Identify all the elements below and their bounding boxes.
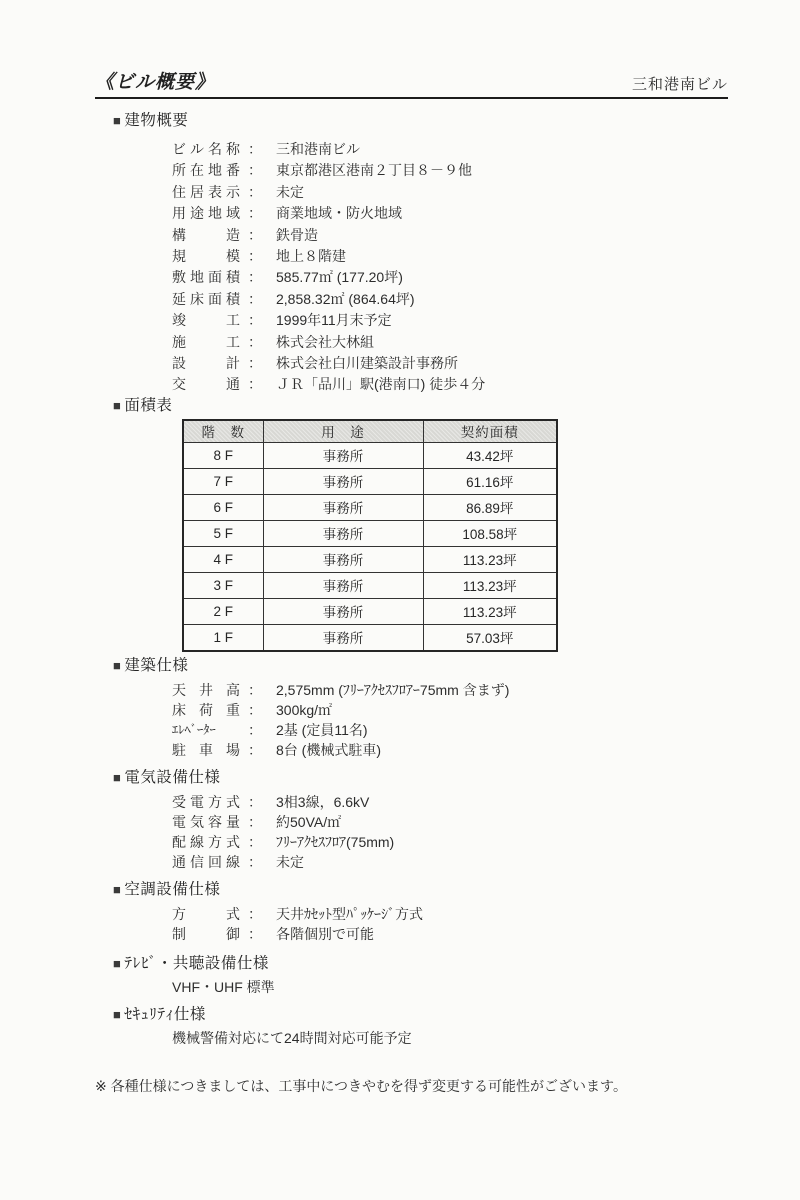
hvac-fields: 方式：天井ｶｾｯﾄ型ﾊﾟｯｹｰｼﾞ方式 制御：各階個別で可能 xyxy=(172,904,728,944)
field-colon: ： xyxy=(240,225,270,246)
field-label: 方式 xyxy=(172,904,240,924)
table-cell-area: 113.23坪 xyxy=(423,546,557,572)
table-row: 8 F事務所43.42坪 xyxy=(183,442,557,468)
field-colon: ： xyxy=(240,700,270,720)
field-value: 鉄骨造 xyxy=(276,227,318,243)
table-cell-use: 事務所 xyxy=(263,624,423,651)
field-value: 株式会社大林組 xyxy=(276,334,374,350)
field-label: 構造 xyxy=(172,225,240,246)
field-row: ｴﾚﾍﾞｰﾀｰ：2基 (定員11名) xyxy=(172,720,728,740)
security-spec-body: 機械警備対応にて24時間対応可能予定 xyxy=(172,1028,728,1048)
table-cell-area: 113.23坪 xyxy=(423,598,557,624)
field-row: 交通：ＪＲ「品川」駅(港南口) 徒歩４分 xyxy=(172,374,728,395)
area-table: 階 数 用 途 契約面積 8 F事務所43.42坪 7 F事務所61.16坪 6… xyxy=(182,419,558,652)
field-value: 未定 xyxy=(276,184,304,200)
section-heading-security-spec: ■ｾｷｭﾘﾃｨ仕様 xyxy=(113,1005,728,1025)
field-value: 天井ｶｾｯﾄ型ﾊﾟｯｹｰｼﾞ方式 xyxy=(276,906,423,922)
table-cell-floor: 7 F xyxy=(183,468,263,494)
field-row: 施工：株式会社大林組 xyxy=(172,332,728,353)
field-value: 東京都港区港南２丁目８－９他 xyxy=(276,162,472,178)
table-row: 6 F事務所86.89坪 xyxy=(183,494,557,520)
field-label: 交通 xyxy=(172,374,240,395)
field-value: 株式会社白川建築設計事務所 xyxy=(276,355,458,371)
square-bullet-icon: ■ xyxy=(113,113,121,128)
table-cell-area: 61.16坪 xyxy=(423,468,557,494)
field-row: 駐車場：8台 (機械式駐車) xyxy=(172,740,728,760)
field-row: 制御：各階個別で可能 xyxy=(172,924,728,944)
field-label: 床荷重 xyxy=(172,700,240,720)
field-colon: ： xyxy=(240,832,270,852)
square-bullet-icon: ■ xyxy=(113,770,121,785)
field-row: 床荷重：300kg/㎡ xyxy=(172,700,728,720)
table-cell-floor: 8 F xyxy=(183,442,263,468)
field-colon: ： xyxy=(240,792,270,812)
field-colon: ： xyxy=(240,680,270,700)
building-name-header: 三和港南ビル xyxy=(632,76,728,94)
section-heading-label: 電気設備仕様 xyxy=(124,769,220,786)
field-row: 受電方式：3相3線，6.6kV xyxy=(172,792,728,812)
field-value: 地上８階建 xyxy=(276,248,346,264)
field-row: 構造：鉄骨造 xyxy=(172,225,728,246)
section-heading-tv-spec: ■ﾃﾚﾋﾞ・共聴設備仕様 xyxy=(113,954,728,974)
field-value: 2基 (定員11名) xyxy=(276,722,368,738)
section-heading-area-table: ■面積表 xyxy=(113,396,728,416)
field-label: 駐車場 xyxy=(172,740,240,760)
field-colon: ： xyxy=(240,160,270,181)
field-label: 配線方式 xyxy=(172,832,240,852)
field-colon: ： xyxy=(240,203,270,224)
field-value: 8台 (機械式駐車) xyxy=(276,742,381,758)
field-row: 所在地番：東京都港区港南２丁目８－９他 xyxy=(172,160,728,181)
table-row: 1 F事務所57.03坪 xyxy=(183,624,557,651)
field-row: 方式：天井ｶｾｯﾄ型ﾊﾟｯｹｰｼﾞ方式 xyxy=(172,904,728,924)
square-bullet-icon: ■ xyxy=(113,658,121,673)
table-cell-area: 43.42坪 xyxy=(423,442,557,468)
field-colon: ： xyxy=(240,310,270,331)
table-cell-floor: 1 F xyxy=(183,624,263,651)
field-colon: ： xyxy=(240,812,270,832)
table-row: 3 F事務所113.23坪 xyxy=(183,572,557,598)
field-colon: ： xyxy=(240,139,270,160)
square-bullet-icon: ■ xyxy=(113,1007,121,1022)
table-cell-area: 108.58坪 xyxy=(423,520,557,546)
field-label: 住居表示 xyxy=(172,182,240,203)
section-heading-label: 建築仕様 xyxy=(124,657,188,674)
field-colon: ： xyxy=(240,289,270,310)
field-row: 敷地面積：585.77㎡ (177.20坪) xyxy=(172,267,728,288)
field-label: 施工 xyxy=(172,332,240,353)
table-cell-area: 57.03坪 xyxy=(423,624,557,651)
field-label: 敷地面積 xyxy=(172,267,240,288)
field-row: 規模：地上８階建 xyxy=(172,246,728,267)
electrical-fields: 受電方式：3相3線，6.6kV 電気容量：約50VA/㎡ 配線方式：ﾌﾘｰｱｸｾ… xyxy=(172,792,728,872)
table-cell-use: 事務所 xyxy=(263,442,423,468)
field-colon: ： xyxy=(240,246,270,267)
section-heading-electrical-spec: ■電気設備仕様 xyxy=(113,768,728,788)
field-value: ＪＲ「品川」駅(港南口) 徒歩４分 xyxy=(276,376,485,392)
field-colon: ： xyxy=(240,904,270,924)
document-page: 《ビル概要》 三和港南ビル ■建物概要 ビル名称：三和港南ビル 所在地番：東京都… xyxy=(0,0,800,1096)
field-label: 電気容量 xyxy=(172,812,240,832)
table-row: 2 F事務所113.23坪 xyxy=(183,598,557,624)
field-colon: ： xyxy=(240,740,270,760)
field-label: 受電方式 xyxy=(172,792,240,812)
section-heading-building-overview: ■建物概要 xyxy=(113,111,728,131)
field-row: 通信回線：未定 xyxy=(172,852,728,872)
field-row: 竣工：1999年11月末予定 xyxy=(172,310,728,331)
field-value: 約50VA/㎡ xyxy=(276,814,341,830)
square-bullet-icon: ■ xyxy=(113,882,121,897)
square-bullet-icon: ■ xyxy=(113,956,121,971)
field-row: 配線方式：ﾌﾘｰｱｸｾｽﾌﾛｱ(75mm) xyxy=(172,832,728,852)
field-label: 設計 xyxy=(172,353,240,374)
field-value: 各階個別で可能 xyxy=(276,926,374,942)
field-value: 585.77㎡ (177.20坪) xyxy=(276,269,403,285)
table-header-cell: 用 途 xyxy=(263,420,423,443)
table-cell-floor: 6 F xyxy=(183,494,263,520)
section-heading-label: ﾃﾚﾋﾞ・共聴設備仕様 xyxy=(124,955,269,972)
building-overview-fields: ビル名称：三和港南ビル 所在地番：東京都港区港南２丁目８－９他 住居表示：未定 … xyxy=(172,139,728,396)
field-value: 2,858.32㎡ (864.64坪) xyxy=(276,291,415,307)
field-row: 設計：株式会社白川建築設計事務所 xyxy=(172,353,728,374)
field-row: 延床面積：2,858.32㎡ (864.64坪) xyxy=(172,289,728,310)
table-cell-floor: 5 F xyxy=(183,520,263,546)
field-value: 商業地域・防火地域 xyxy=(276,205,402,221)
table-cell-use: 事務所 xyxy=(263,546,423,572)
section-heading-hvac-spec: ■空調設備仕様 xyxy=(113,880,728,900)
field-value: ﾌﾘｰｱｸｾｽﾌﾛｱ(75mm) xyxy=(276,834,394,850)
page-title: 《ビル概要》 xyxy=(95,72,215,94)
field-label: 用途地域 xyxy=(172,203,240,224)
field-label: ｴﾚﾍﾞｰﾀｰ xyxy=(172,720,240,740)
field-row: 電気容量：約50VA/㎡ xyxy=(172,812,728,832)
table-cell-use: 事務所 xyxy=(263,598,423,624)
field-value: 三和港南ビル xyxy=(276,141,360,157)
field-label: ビル名称 xyxy=(172,139,240,160)
table-cell-area: 86.89坪 xyxy=(423,494,557,520)
field-row: 天井高：2,575mm (ﾌﾘｰｱｸｾｽﾌﾛｱｰ75mm 含まず) xyxy=(172,680,728,700)
field-label: 竣工 xyxy=(172,310,240,331)
table-cell-area: 113.23坪 xyxy=(423,572,557,598)
table-header-row: 階 数 用 途 契約面積 xyxy=(183,420,557,443)
document-header: 《ビル概要》 三和港南ビル xyxy=(95,72,728,99)
field-colon: ： xyxy=(240,182,270,203)
field-colon: ： xyxy=(240,374,270,395)
field-colon: ： xyxy=(240,353,270,374)
table-cell-use: 事務所 xyxy=(263,494,423,520)
footnote: ※ 各種仕様につきましては、工事中につきやむを得ず変更する可能性がございます。 xyxy=(95,1076,728,1096)
section-heading-label: 空調設備仕様 xyxy=(124,881,220,898)
section-heading-label: 建物概要 xyxy=(124,112,188,129)
field-label: 延床面積 xyxy=(172,289,240,310)
section-heading-label: ｾｷｭﾘﾃｨ仕様 xyxy=(124,1006,206,1023)
field-label: 天井高 xyxy=(172,680,240,700)
field-value: 3相3線，6.6kV xyxy=(276,794,369,810)
field-colon: ： xyxy=(240,852,270,872)
table-cell-use: 事務所 xyxy=(263,572,423,598)
construction-fields: 天井高：2,575mm (ﾌﾘｰｱｸｾｽﾌﾛｱｰ75mm 含まず) 床荷重：30… xyxy=(172,680,728,760)
field-row: 住居表示：未定 xyxy=(172,182,728,203)
field-value: 300kg/㎡ xyxy=(276,702,332,718)
table-cell-floor: 4 F xyxy=(183,546,263,572)
table-row: 4 F事務所113.23坪 xyxy=(183,546,557,572)
field-value: 2,575mm (ﾌﾘｰｱｸｾｽﾌﾛｱｰ75mm 含まず) xyxy=(276,682,509,698)
table-header-cell: 契約面積 xyxy=(423,420,557,443)
field-label: 制御 xyxy=(172,924,240,944)
table-cell-floor: 3 F xyxy=(183,572,263,598)
table-cell-use: 事務所 xyxy=(263,468,423,494)
field-row: ビル名称：三和港南ビル xyxy=(172,139,728,160)
table-row: 7 F事務所61.16坪 xyxy=(183,468,557,494)
field-value: 未定 xyxy=(276,854,304,870)
tv-spec-body: VHF・UHF 標準 xyxy=(172,977,728,997)
section-heading-construction-spec: ■建築仕様 xyxy=(113,656,728,676)
field-row: 用途地域：商業地域・防火地域 xyxy=(172,203,728,224)
table-cell-use: 事務所 xyxy=(263,520,423,546)
field-colon: ： xyxy=(240,924,270,944)
field-colon: ： xyxy=(240,332,270,353)
field-colon: ： xyxy=(240,720,270,740)
field-colon: ： xyxy=(240,267,270,288)
field-label: 通信回線 xyxy=(172,852,240,872)
table-header-cell: 階 数 xyxy=(183,420,263,443)
table-row: 5 F事務所108.58坪 xyxy=(183,520,557,546)
field-label: 所在地番 xyxy=(172,160,240,181)
field-label: 規模 xyxy=(172,246,240,267)
field-value: 1999年11月末予定 xyxy=(276,312,392,328)
table-cell-floor: 2 F xyxy=(183,598,263,624)
section-heading-label: 面積表 xyxy=(124,397,172,414)
square-bullet-icon: ■ xyxy=(113,398,121,413)
